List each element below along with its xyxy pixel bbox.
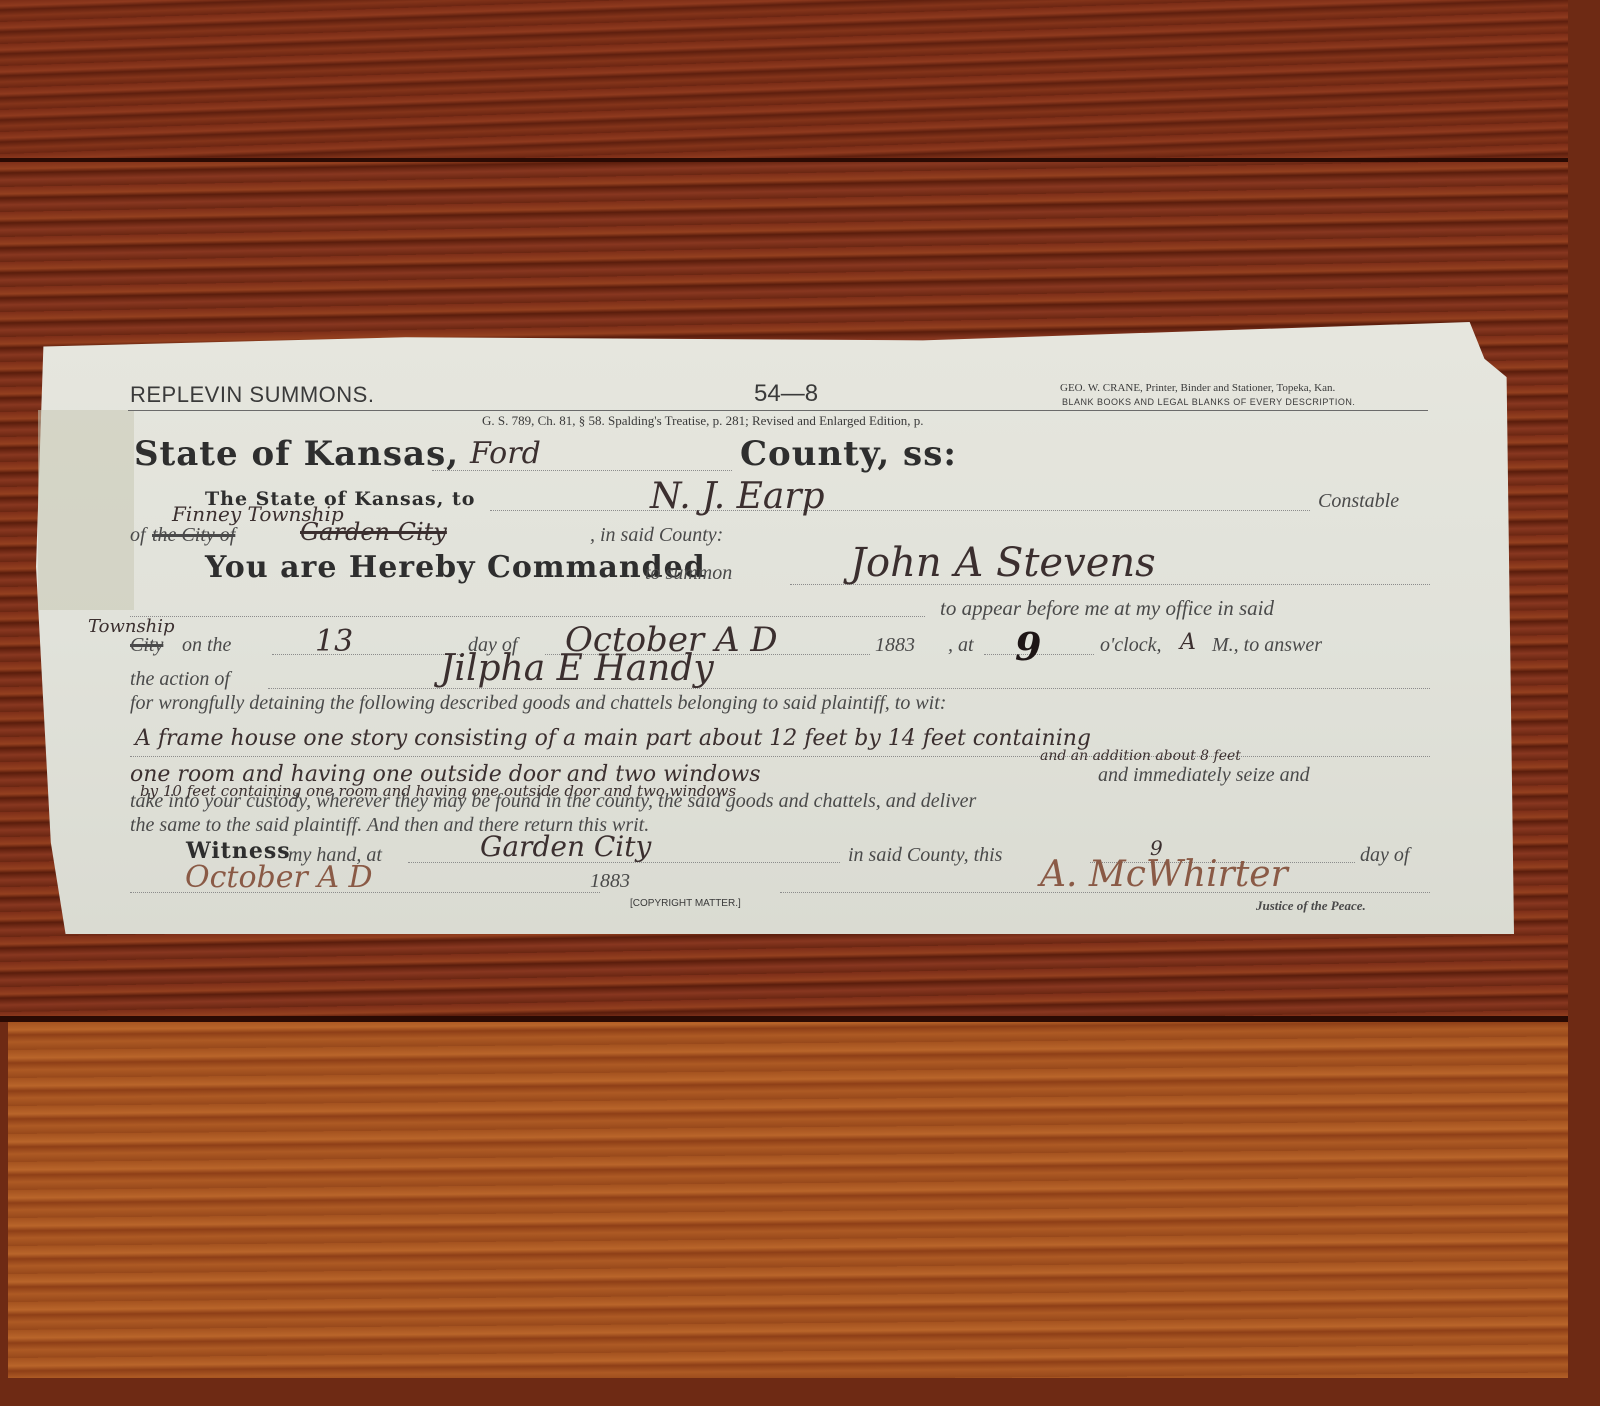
witness-month: October A D [185,860,373,895]
appear-hour: 9 [1015,624,1041,669]
defendant-name: John A Stevens [850,540,1156,586]
printer-line-2: BLANK BOOKS AND LEGAL BLANKS OF EVERY DE… [1062,397,1355,407]
on-the-label: on the [182,634,231,657]
this-label: in said County, this [848,844,1002,867]
commanded-heading: You are Hereby Commanded [205,550,706,585]
goods-insert: and an addition about 8 feet [1040,748,1241,764]
action-of-label: the action of [130,668,230,691]
constable-label: Constable [1318,490,1399,513]
header-rule [128,410,1428,411]
goods-description-line-1: A frame house one story consisting of a … [135,726,1091,751]
copyright-notice: [COPYRIGHT MATTER.] [630,898,741,909]
wood-plank-bottom [8,1022,1568,1378]
defendant-blank-2 [130,616,925,617]
city-struck: City [130,634,163,657]
seize-text: and immediately seize and [1098,764,1310,787]
appear-day: 13 [315,624,353,659]
witness-year: 1883 [590,870,630,893]
am-pm-value: A [1180,630,1196,655]
to-appear-text: to appear before me at my office in said [940,596,1274,621]
of-label: of [130,524,146,547]
state-heading: State of Kansas, [134,434,459,474]
city-of-struck: the City of [152,524,235,547]
oclock-label: o'clock, [1100,634,1161,657]
to-summon-label: to summon [645,562,732,585]
wood-plank-top [0,0,1568,160]
witness-place: Garden City [480,830,651,863]
custody-text: take into your custody, wherever they ma… [130,790,976,813]
justice-label: Justice of the Peace. [1256,898,1366,914]
day-blank [272,654,460,655]
tape-strip [38,410,134,610]
printer-line-1: GEO. W. CRANE, Printer, Binder and Stati… [1060,382,1335,394]
day-of-end-label: day of [1360,844,1409,867]
appear-year: 1883 [875,634,915,657]
m-to-answer-label: M., to answer [1212,634,1322,657]
form-title: REPLEVIN SUMMONS. [130,382,374,408]
in-said-county: , in said County: [590,524,723,547]
justice-signature: A. McWhirter [1040,854,1288,895]
county-value: Ford [470,436,541,471]
at-label: , at [948,634,974,657]
constable-blank [490,510,1310,511]
form-number: 54—8 [754,380,818,408]
statute-citation: G. S. 789, Ch. 81, § 58. Spalding's Trea… [482,413,924,429]
plaintiff-name: Jilpha E Handy [440,648,714,689]
detaining-text: for wrongfully detaining the following d… [130,692,946,715]
constable-name: N. J. Earp [650,476,825,517]
county-heading: County, ss: [740,434,957,474]
city-struck-name: Garden City [300,518,447,546]
